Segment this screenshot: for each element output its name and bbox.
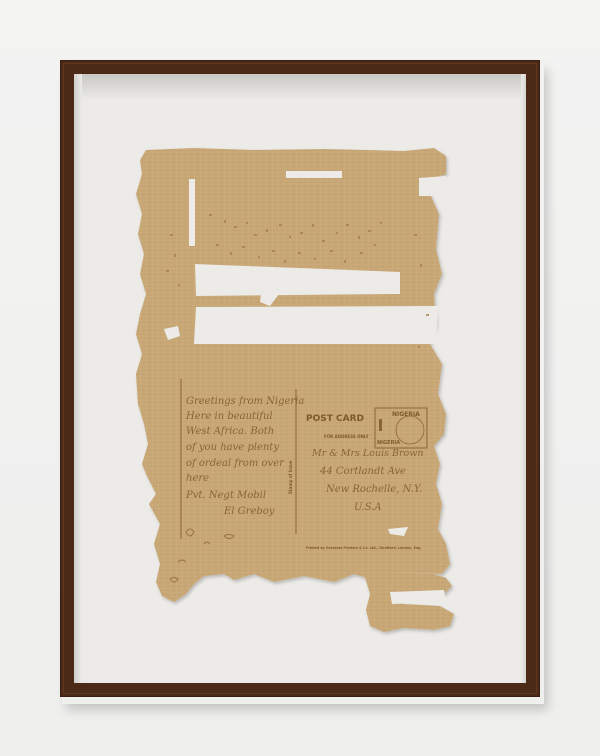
svg-text:of you have plenty: of you have plenty bbox=[186, 442, 279, 453]
vertical-caption: Stamp of Issue bbox=[288, 460, 293, 494]
svg-text:here: here bbox=[186, 473, 209, 484]
svg-text:New Rochelle, N.Y.: New Rochelle, N.Y. bbox=[325, 484, 422, 495]
svg-text:U.S.A: U.S.A bbox=[354, 502, 382, 513]
address-caption: FOR ADDRESS ONLY bbox=[324, 434, 369, 439]
picture-frame: POST CARD NIGERIA NIGERIA FOR ADDRESS ON… bbox=[60, 60, 540, 697]
svg-text:NIGERIA: NIGERIA bbox=[392, 411, 420, 418]
svg-text:NIGERIA: NIGERIA bbox=[377, 440, 400, 446]
svg-text:Here in beautiful: Here in beautiful bbox=[185, 411, 273, 422]
svg-text:West Africa. Both: West Africa. Both bbox=[186, 426, 274, 437]
printer-line: Printed by Overseas Printers & Co. Ltd.,… bbox=[306, 546, 422, 550]
mat-board: POST CARD NIGERIA NIGERIA FOR ADDRESS ON… bbox=[74, 74, 526, 683]
wood-piece bbox=[136, 148, 454, 632]
postcard-header: POST CARD bbox=[306, 414, 364, 424]
svg-text:of ordeal from over: of ordeal from over bbox=[186, 458, 285, 469]
laser-cut-postcard-artwork: POST CARD NIGERIA NIGERIA FOR ADDRESS ON… bbox=[74, 74, 526, 683]
svg-text:Mr & Mrs Louis Brown: Mr & Mrs Louis Brown bbox=[311, 448, 424, 459]
svg-text:Greetings from Nigeria: Greetings from Nigeria bbox=[186, 396, 304, 407]
svg-text:El Greboy: El Greboy bbox=[223, 506, 275, 517]
svg-text:44 Cortlandt Ave: 44 Cortlandt Ave bbox=[319, 466, 406, 477]
svg-text:Pvt. Negt Mobil: Pvt. Negt Mobil bbox=[185, 490, 266, 501]
